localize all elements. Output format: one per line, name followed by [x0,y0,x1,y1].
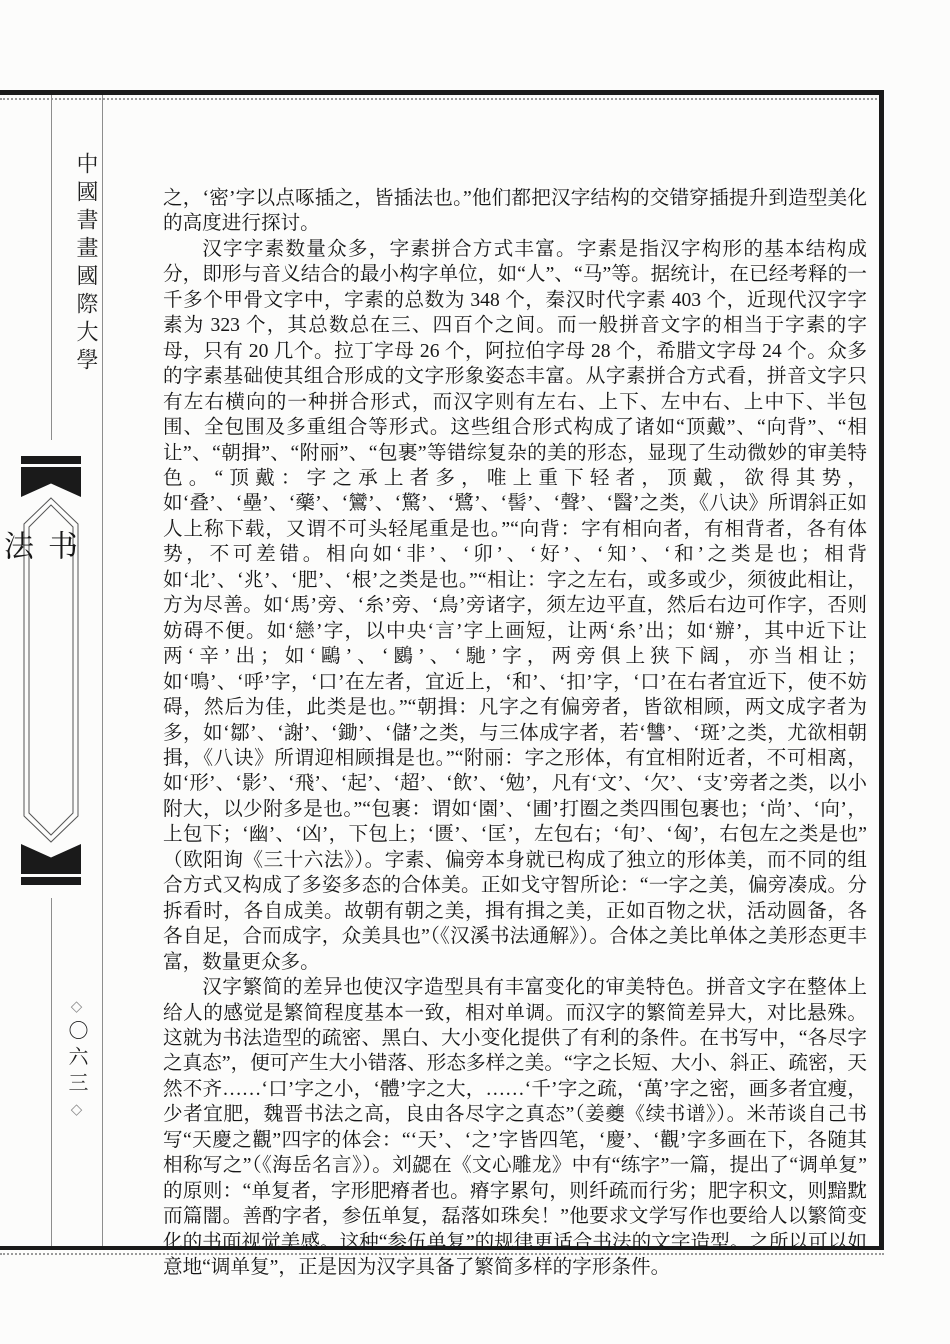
top-border-rule [0,90,884,95]
banner-bottom-ribbon [21,844,81,874]
banner-top-ribbon [21,467,81,497]
banner-bottom-bar [21,877,81,885]
body-paragraph: 汉字繁简的差异也使汉字造型具有丰富变化的审美特色。拼音文字在整体上给人的感觉是繁… [163,975,867,1280]
diamond-ornament-bottom: ◇ [71,1103,83,1118]
body-paragraph: 汉字字素数量众多，字素拼合方式丰富。字素是指汉字构形的基本结构成分，即形与音义结… [163,237,867,975]
page-number: ◇ 〇六三 ◇ [51,1000,102,1118]
body-text-column: 之，‘密’字以点啄插之，皆插法也。”他们都把汉字结构的交错穿插提升到造型美化的高… [163,186,867,1280]
body-paragraph: 之，‘密’字以点啄插之，皆插法也。”他们都把汉字结构的交错穿插提升到造型美化的高… [163,186,867,237]
right-border-rule [879,90,884,1250]
book-title: 书法美的探索 [21,530,81,576]
book-page: 中國書畫國際大學 书法美的探索 ◇ 〇六三 ◇ 之，‘密’字以点啄插之，皆插法也… [0,0,950,1344]
sidebar-outer-rule [102,95,103,1246]
diamond-ornament-top: ◇ [71,1000,83,1015]
page-number-digits: 〇六三 [62,1020,91,1098]
top-dotted-rule [0,98,884,100]
university-title: 中國書畫國際大學 [51,152,102,376]
banner-top-bar [21,456,81,464]
